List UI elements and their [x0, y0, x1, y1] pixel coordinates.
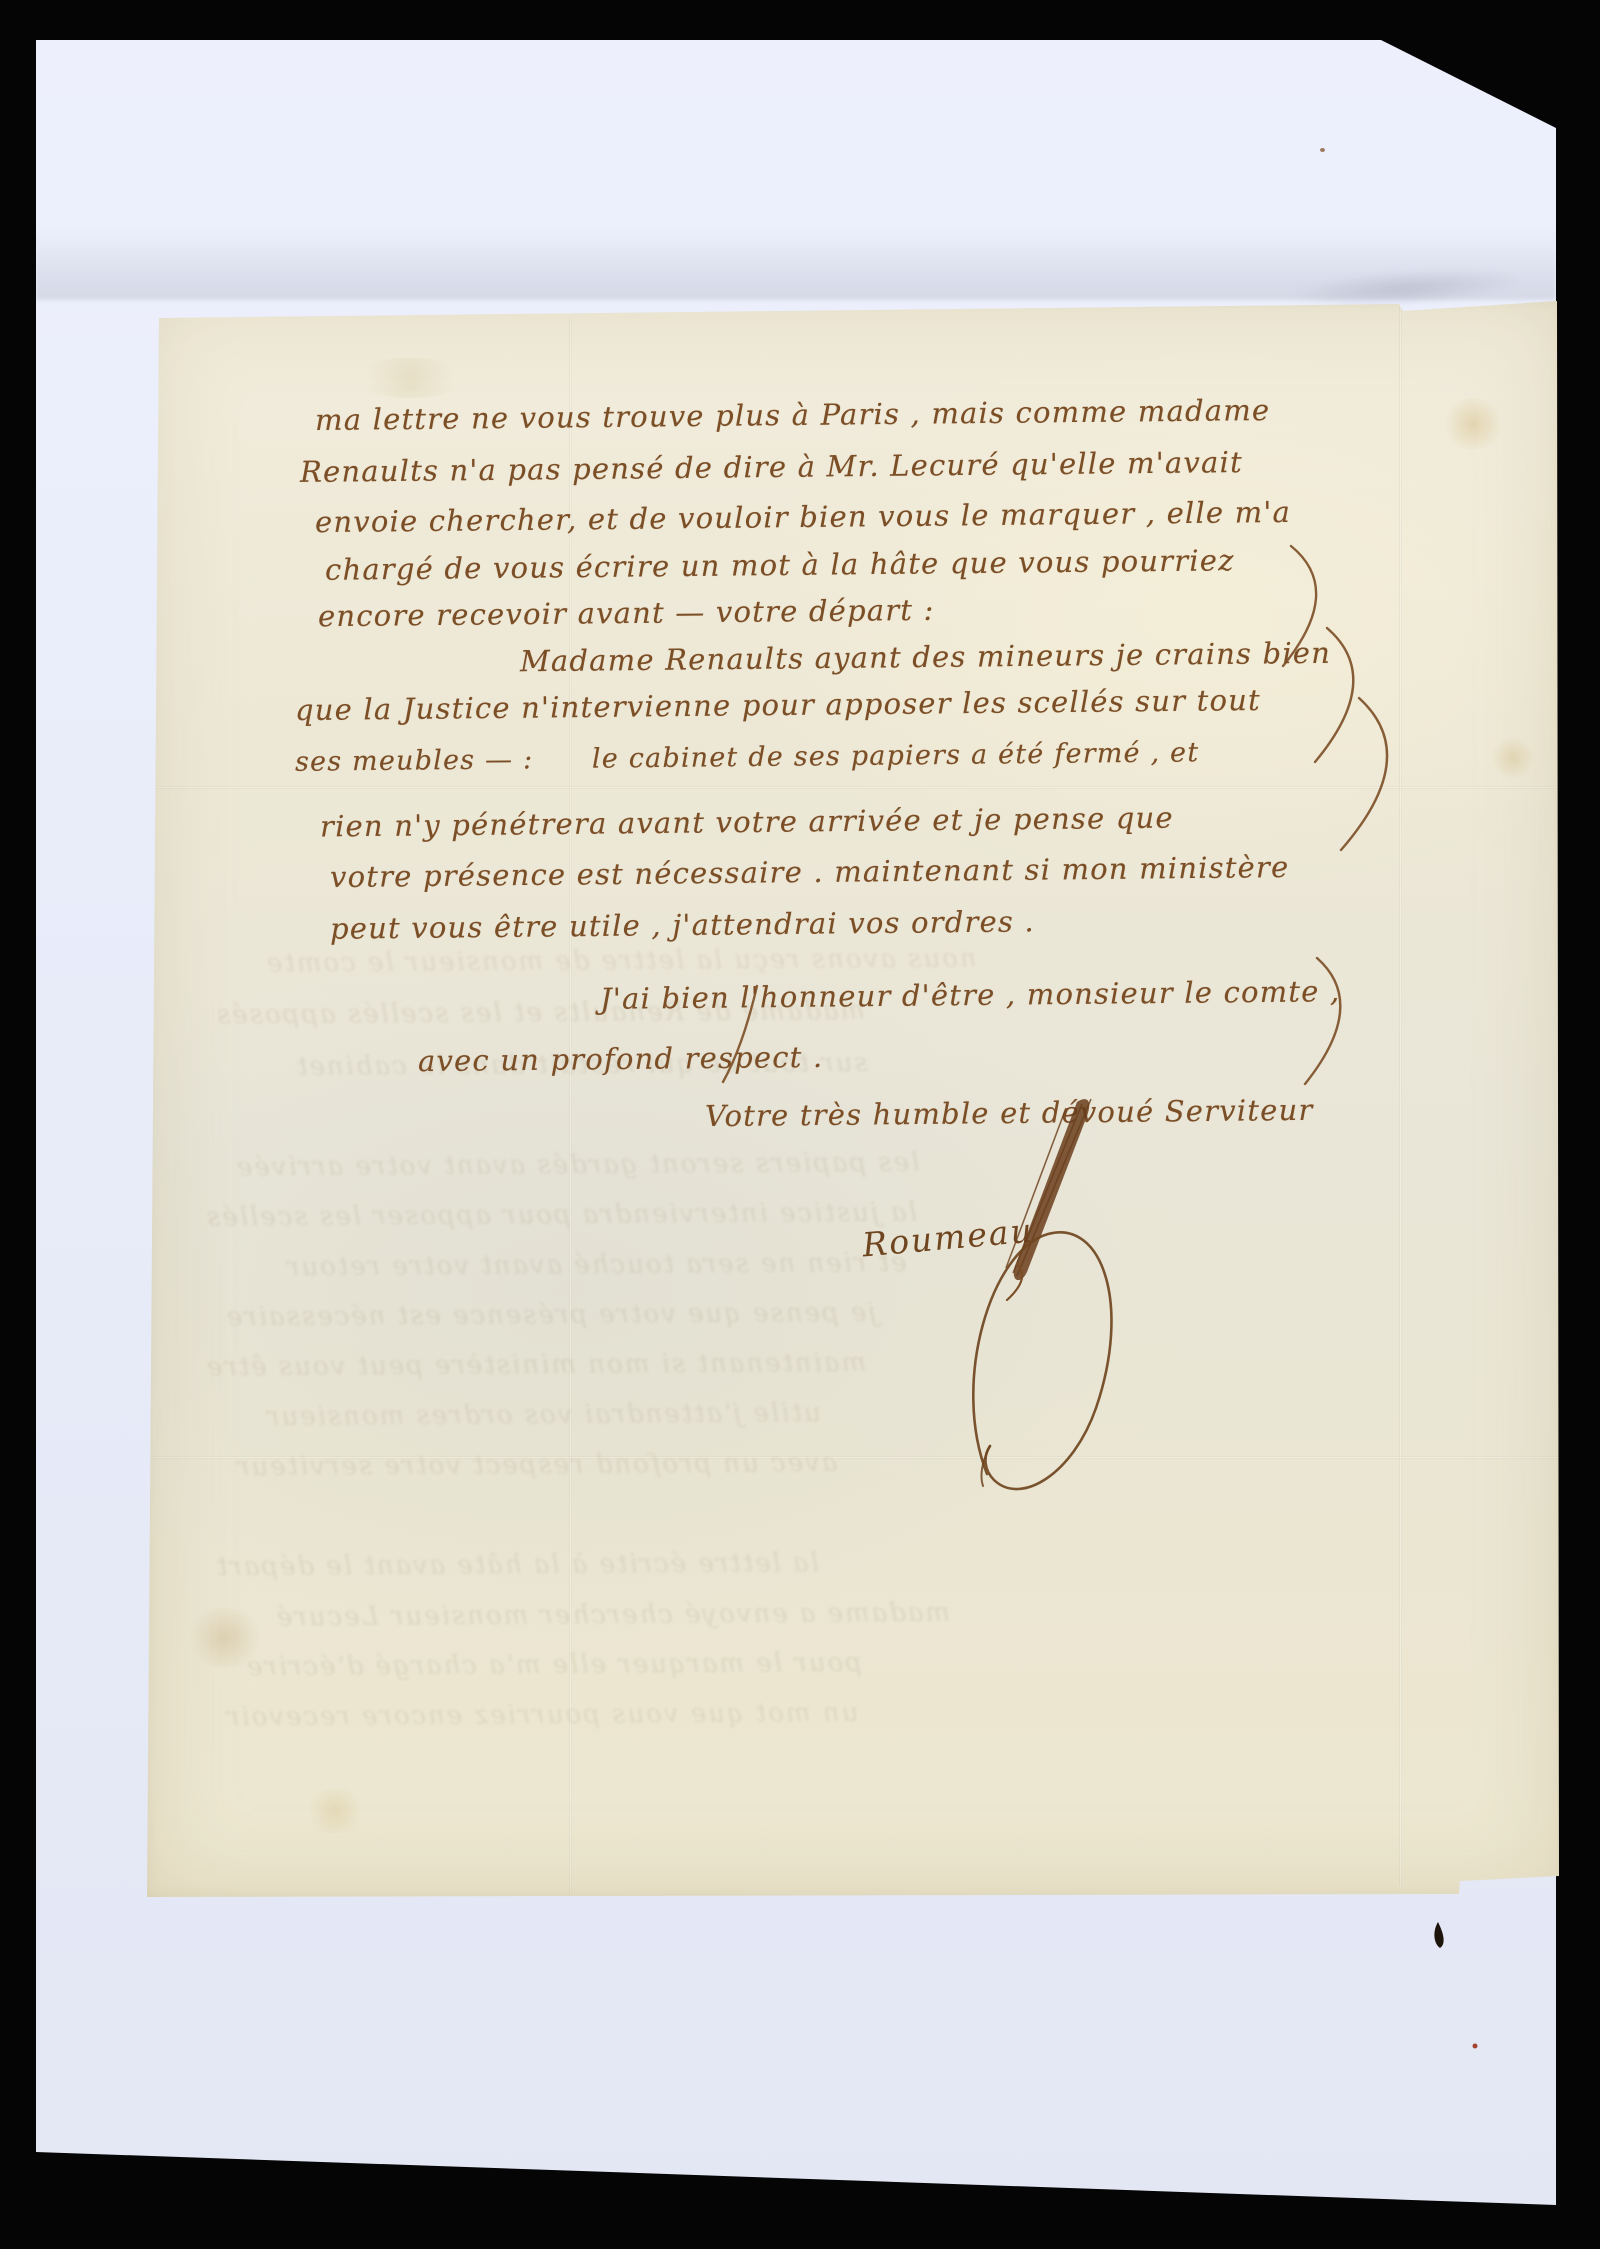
handwritten-line: envoie chercher, et de vouloir bien vous…	[315, 495, 1291, 539]
ghost-text-line: maintenant si mon ministère peut vous êt…	[205, 1348, 866, 1383]
stain	[1440, 398, 1506, 450]
paper-fleck	[1320, 148, 1325, 152]
handwritten-line: Renaults n'a pas pensé de dire à Mr. Lec…	[300, 445, 1243, 489]
handwritten-line: avec un profond respect .	[418, 1040, 824, 1078]
handwritten-line: ses meubles — : le cabinet de ses papier…	[295, 737, 1200, 777]
handwritten-line: Madame Renaults ayant des mineurs je cra…	[520, 636, 1331, 678]
ghost-text-line: pour le marquer elle m'a chargé d'écrire	[245, 1648, 862, 1682]
ghost-text-line: utile j'attendrai vos ordres monsieur	[265, 1398, 821, 1432]
ghost-text-line: un mot que vous pourriez encore recevoir	[225, 1698, 859, 1732]
stain	[350, 358, 470, 398]
ghost-text-line: la lettre écrite à la hâte avant le dépa…	[215, 1548, 819, 1582]
handwritten-line: encore recevoir avant — votre départ :	[318, 593, 935, 633]
handwritten-line: chargé de vous écrire un mot à la hâte q…	[325, 543, 1235, 587]
letter-page: nous avons reçu la lettre de monsieur le…	[145, 298, 1565, 1898]
ghost-text-line: avec un profond respect votre serviteur	[235, 1448, 838, 1482]
backing-sheet-curve-shadow	[36, 230, 1556, 300]
handwritten-line: rien n'y pénétrera avant votre arrivée e…	[320, 801, 1174, 844]
ghost-text-line: nous avons reçu la lettre de monsieur le…	[265, 944, 977, 979]
stain	[305, 1788, 365, 1834]
ghost-text-line: la justice interviendra pour apposer les…	[205, 1198, 917, 1233]
handwritten-line: Votre très humble et dévoué Serviteur	[705, 1093, 1314, 1133]
handwritten-line: J'ai bien l'honneur d'être , monsieur le…	[600, 974, 1341, 1016]
flourish-paren	[1341, 698, 1387, 850]
handwritten-line: ma lettre ne vous trouve plus à Paris , …	[315, 393, 1271, 437]
ghost-text-line: madame a envoyé chercher monsieur Lecuré	[275, 1598, 950, 1633]
vertical-fold-crease	[1399, 306, 1402, 1886]
photograph-of-letter: nous avons reçu la lettre de monsieur le…	[0, 0, 1600, 2249]
handwritten-line: que la Justice n'intervienne pour appose…	[295, 683, 1261, 727]
horizontal-fold-crease	[149, 786, 1557, 789]
signature-paraph	[973, 1099, 1111, 1489]
ghost-text-line: les papiers seront gardés avant votre ar…	[235, 1148, 920, 1183]
handwritten-line: peut vous être utile , j'attendrai vos o…	[330, 904, 1035, 945]
stain	[1490, 738, 1536, 778]
ghost-text-line: et rien ne sera touché avant votre retou…	[285, 1248, 907, 1282]
ghost-text-line: je pense que votre présence est nécessai…	[225, 1298, 877, 1333]
handwritten-line: votre présence est nécessaire . maintena…	[330, 850, 1290, 894]
